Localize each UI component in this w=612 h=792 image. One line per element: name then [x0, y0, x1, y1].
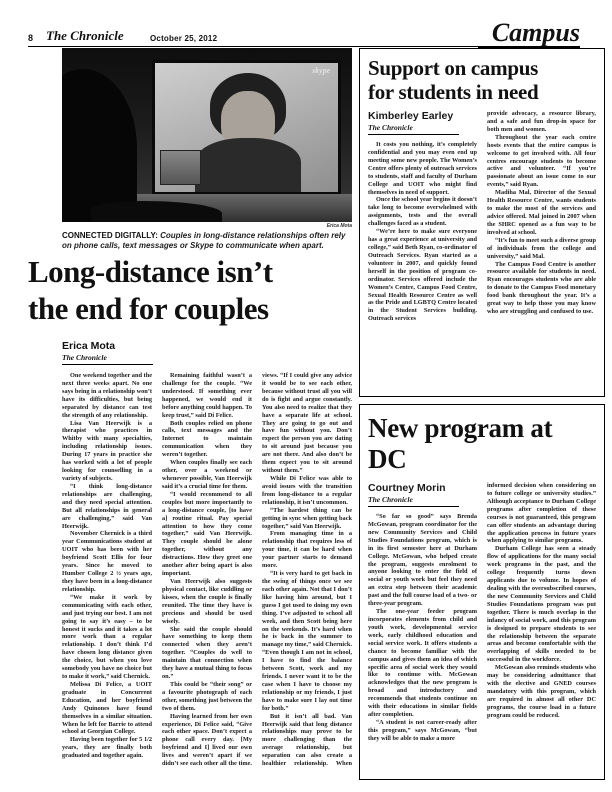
caption-label: CONNECTED DIGITALLY: [62, 231, 158, 240]
skype-watermark: skype [312, 66, 330, 75]
main-headline-line2: the end for couples [28, 290, 358, 327]
main-article-body: One weekend together and the next three … [62, 372, 352, 768]
paragraph: Lisa Van Heerwijk is a therapist who pra… [62, 420, 152, 483]
support-article-body: Kimberley Earley The Chronicle It costs … [368, 110, 596, 398]
paragraph: When couples finally see each other, ove… [162, 459, 252, 491]
paragraph: Madiha Mal, Director of the Sexual Healt… [487, 189, 596, 237]
author-org: The Chronicle [368, 123, 459, 132]
support-column-1-text: It costs you nothing, it’s completely co… [368, 141, 477, 323]
paragraph: It costs you nothing, it’s completely co… [368, 141, 477, 196]
paragraph: “I would recommend to all couples but mo… [162, 491, 252, 578]
photo-foreground-arm [91, 201, 222, 222]
support-article-box: Support on campus for students in need K… [359, 48, 605, 397]
paragraph: The one-year feeder program incorporates… [368, 608, 477, 719]
dc-column-1-text: “So far so good” says Brenda McGowan, pr… [368, 513, 477, 743]
photo-foreground-person [62, 69, 137, 222]
paragraph: McGowan also reminds students who may be… [487, 664, 596, 719]
paragraph: But it isn’t all bad. Van Heerwijk said … [262, 713, 352, 768]
video-call-person-body [195, 138, 301, 192]
paragraph: Throughout the year each centre hosts ev… [487, 134, 596, 189]
paragraph: “It’s fun to meet such a diverse group o… [487, 237, 596, 261]
dc-column-2: informed decision when considering on to… [487, 482, 596, 792]
paragraph: She said the couple should have somethin… [162, 626, 252, 681]
support-headline: Support on campus for students in need [368, 56, 596, 104]
paragraph: Having been together for 5 1/2 years, th… [62, 736, 152, 760]
dc-headline: New program at DC [368, 413, 596, 475]
paragraph: Melissa Di Felice, a UOIT graduate in Co… [62, 681, 152, 736]
paragraph: One weekend together and the next three … [62, 372, 152, 420]
paragraph: “A student is not career-ready after thi… [368, 719, 477, 743]
paragraph: “I think long-distance relationships are… [62, 483, 152, 531]
paragraph: This could be “their song” or a favourit… [162, 681, 252, 713]
paragraph: Van Heerwijk also suggests physical cont… [162, 578, 252, 626]
paragraph: Once the school year begins it doesn’t t… [368, 196, 477, 228]
paragraph: “The hardest thing can be getting in syn… [262, 507, 352, 531]
paragraph: From managing time in a relationship tha… [262, 530, 352, 570]
paragraph: “We make it work by communicating with e… [62, 594, 152, 681]
dc-byline: Courtney Morin The Chronicle [368, 482, 459, 507]
video-call-selfview [160, 150, 200, 185]
support-headline-line2: for students in need [368, 80, 596, 104]
issue-date: October 25, 2012 [150, 34, 217, 43]
paragraph: provide advocacy, a resource library, an… [487, 110, 596, 134]
paragraph: views. “If I could give any advice it wo… [262, 372, 352, 475]
support-byline: Kimberley Earley The Chronicle [368, 110, 459, 135]
main-byline: Erica Mota The Chronicle [62, 340, 153, 365]
paragraph: Durham College has seen a steady flow of… [487, 545, 596, 664]
author-name: Erica Mota [62, 340, 153, 352]
paragraph: While Di Felice was able to avoid issues… [262, 475, 352, 507]
page-number: 8 [28, 33, 33, 43]
paragraph: “It is very hard to get back in the swin… [262, 570, 352, 713]
main-headline: Long-distance isn’t the end for couples [28, 253, 358, 327]
support-headline-line1: Support on campus [368, 56, 596, 80]
page-header: 8 The Chronicle October 25, 2012 Campus [28, 26, 580, 47]
paragraph: “We’re here to make sure everyone has a … [368, 228, 477, 323]
paragraph: Remaining faithful wasn’t a challenge fo… [162, 372, 252, 420]
laptop-screen: skype [152, 60, 341, 195]
main-column-2: Remaining faithful wasn’t a challenge fo… [162, 372, 252, 768]
paragraph: informed decision when considering on to… [487, 482, 596, 545]
photo-caption: CONNECTED DIGITALLY: Couples in long-dis… [62, 231, 354, 251]
main-column-3: views. “If I could give any advice it wo… [262, 372, 352, 768]
dc-column-1: Courtney Morin The Chronicle “So far so … [368, 482, 477, 792]
author-name: Courtney Morin [368, 482, 459, 494]
paragraph: “So far so good” says Brenda McGowan, pr… [368, 513, 477, 608]
paragraph: Having learned from her own experience, … [162, 713, 252, 768]
dc-article-box: New program at DC Courtney Morin The Chr… [359, 404, 605, 780]
main-headline-line1: Long-distance isn’t [28, 253, 358, 290]
support-column-2: provide advocacy, a resource library, an… [487, 110, 596, 398]
author-name: Kimberley Earley [368, 110, 459, 122]
photo-credit: Erica Mota [62, 223, 352, 229]
article-photo: skype [62, 48, 352, 222]
author-org: The Chronicle [62, 353, 153, 362]
section-title: Campus [492, 18, 580, 48]
author-org: The Chronicle [368, 495, 459, 504]
dc-article-body: Courtney Morin The Chronicle “So far so … [368, 482, 596, 792]
paragraph: Both couples relied on phone calls, text… [162, 420, 252, 460]
support-column-1: Kimberley Earley The Chronicle It costs … [368, 110, 477, 398]
paragraph: November Chernick is a third year Commun… [62, 530, 152, 593]
paragraph: The Campus Food Centre is another resour… [487, 261, 596, 316]
publication-name: The Chronicle [46, 28, 124, 44]
main-column-1: One weekend together and the next three … [62, 372, 152, 768]
